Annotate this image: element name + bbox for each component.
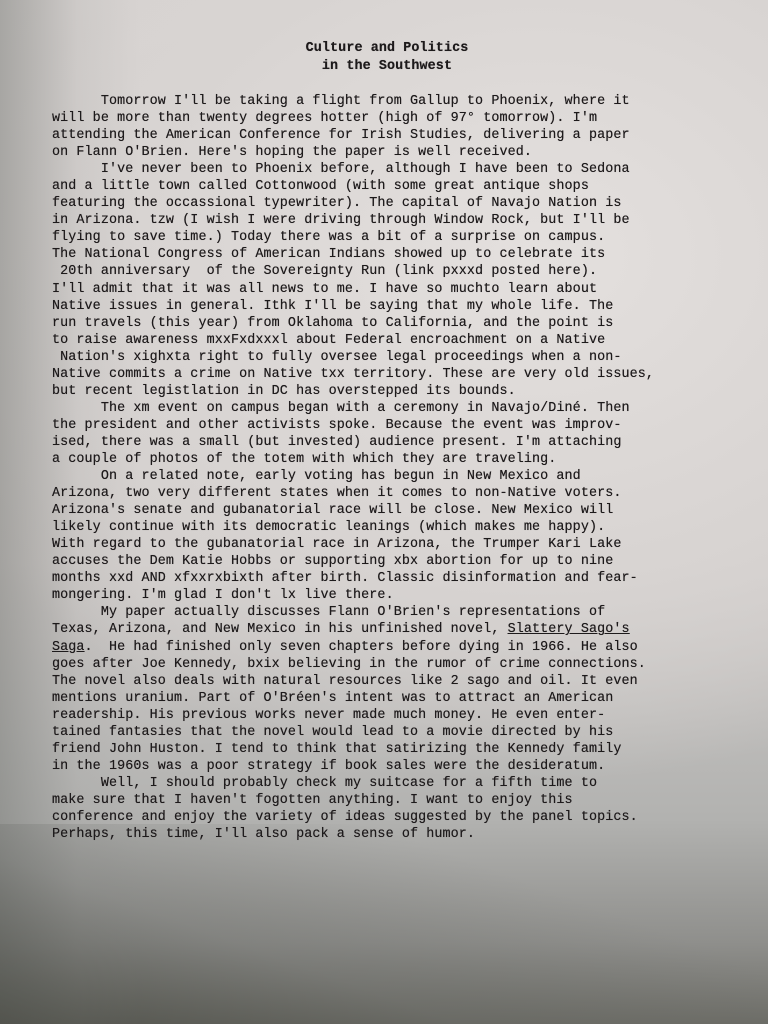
text-line: tained fantasies that the novel would le… <box>52 724 752 741</box>
text-line: Nation's xighxta right to fully oversee … <box>52 349 752 366</box>
text-line: ised, there was a small (but invested) a… <box>52 434 752 451</box>
text-line: run travels (this year) from Oklahoma to… <box>52 315 752 332</box>
text-line: accuses the Dem Katie Hobbs or supportin… <box>52 553 752 570</box>
text-line: likely continue with its democratic lean… <box>52 519 752 536</box>
text-line: Texas, Arizona, and New Mexico in his un… <box>52 621 752 638</box>
text-line: With regard to the gubanatorial race in … <box>52 536 752 553</box>
text-line: Saga. He had finished only seven chapter… <box>52 639 752 656</box>
text-line: and a little town called Cottonwood (wit… <box>52 178 752 195</box>
text-line: conference and enjoy the variety of idea… <box>52 809 752 826</box>
page-title: Culture and Politics in the Southwest <box>22 40 752 76</box>
text-line: Arizona's senate and gubanatorial race w… <box>52 502 752 519</box>
underlined-book-title: Saga <box>52 640 85 655</box>
text-line: The National Congress of American Indian… <box>52 246 752 263</box>
text-line: On a related note, early voting has begu… <box>52 468 752 485</box>
text-line: the president and other activists spoke.… <box>52 417 752 434</box>
text-line: a couple of photos of the totem with whi… <box>52 451 752 468</box>
typewritten-page: Culture and Politics in the Southwest To… <box>52 40 752 843</box>
title-line-1: Culture and Politics <box>22 40 752 58</box>
text-line: Perhaps, this time, I'll also pack a sen… <box>52 826 752 843</box>
text-line: Well, I should probably check my suitcas… <box>52 775 752 792</box>
text-line: on Flann O'Brien. Here's hoping the pape… <box>52 144 752 161</box>
text-line: The novel also deals with natural resour… <box>52 673 752 690</box>
text-line: goes after Joe Kennedy, bxix believing i… <box>52 656 752 673</box>
text-line: I'll admit that it was all news to me. I… <box>52 281 752 298</box>
text-line: mongering. I'm glad I don't lx live ther… <box>52 587 752 604</box>
text-line: flying to save time.) Today there was a … <box>52 229 752 246</box>
underlined-book-title: Slattery Sago's <box>508 622 630 637</box>
text-line: attending the American Conference for Ir… <box>52 127 752 144</box>
text-line: readership. His previous works never mad… <box>52 707 752 724</box>
text-line: I've never been to Phoenix before, altho… <box>52 161 752 178</box>
text-line: Arizona, two very different states when … <box>52 485 752 502</box>
text-line: The xm event on campus began with a cere… <box>52 400 752 417</box>
text-line: will be more than twenty degrees hotter … <box>52 110 752 127</box>
text-line: make sure that I haven't fogotten anythi… <box>52 792 752 809</box>
text-line: to raise awareness mxxFxdxxxl about Fede… <box>52 332 752 349</box>
text-line: 20th anniversary of the Sovereignty Run … <box>52 263 752 280</box>
text-line: but recent legistlation in DC has overst… <box>52 383 752 400</box>
text-line: My paper actually discusses Flann O'Brie… <box>52 604 752 621</box>
photo-shadow-bottom <box>0 824 768 1024</box>
text-line: Tomorrow I'll be taking a flight from Ga… <box>52 93 752 110</box>
text-line: friend John Huston. I tend to think that… <box>52 741 752 758</box>
text-line: months xxd AND xfxxrxbixth after birth. … <box>52 570 752 587</box>
text-line: in the 1960s was a poor strategy if book… <box>52 758 752 775</box>
text-line: in Arizona. tzw (I wish I were driving t… <box>52 212 752 229</box>
text-line: featuring the occassional typewriter). T… <box>52 195 752 212</box>
text-line: mentions uranium. Part of O'Bréen's inte… <box>52 690 752 707</box>
text-line: Native commits a crime on Native txx ter… <box>52 366 752 383</box>
body-text: Tomorrow I'll be taking a flight from Ga… <box>52 93 752 843</box>
title-line-2: in the Southwest <box>22 58 752 76</box>
text-line: Native issues in general. Ithk I'll be s… <box>52 298 752 315</box>
